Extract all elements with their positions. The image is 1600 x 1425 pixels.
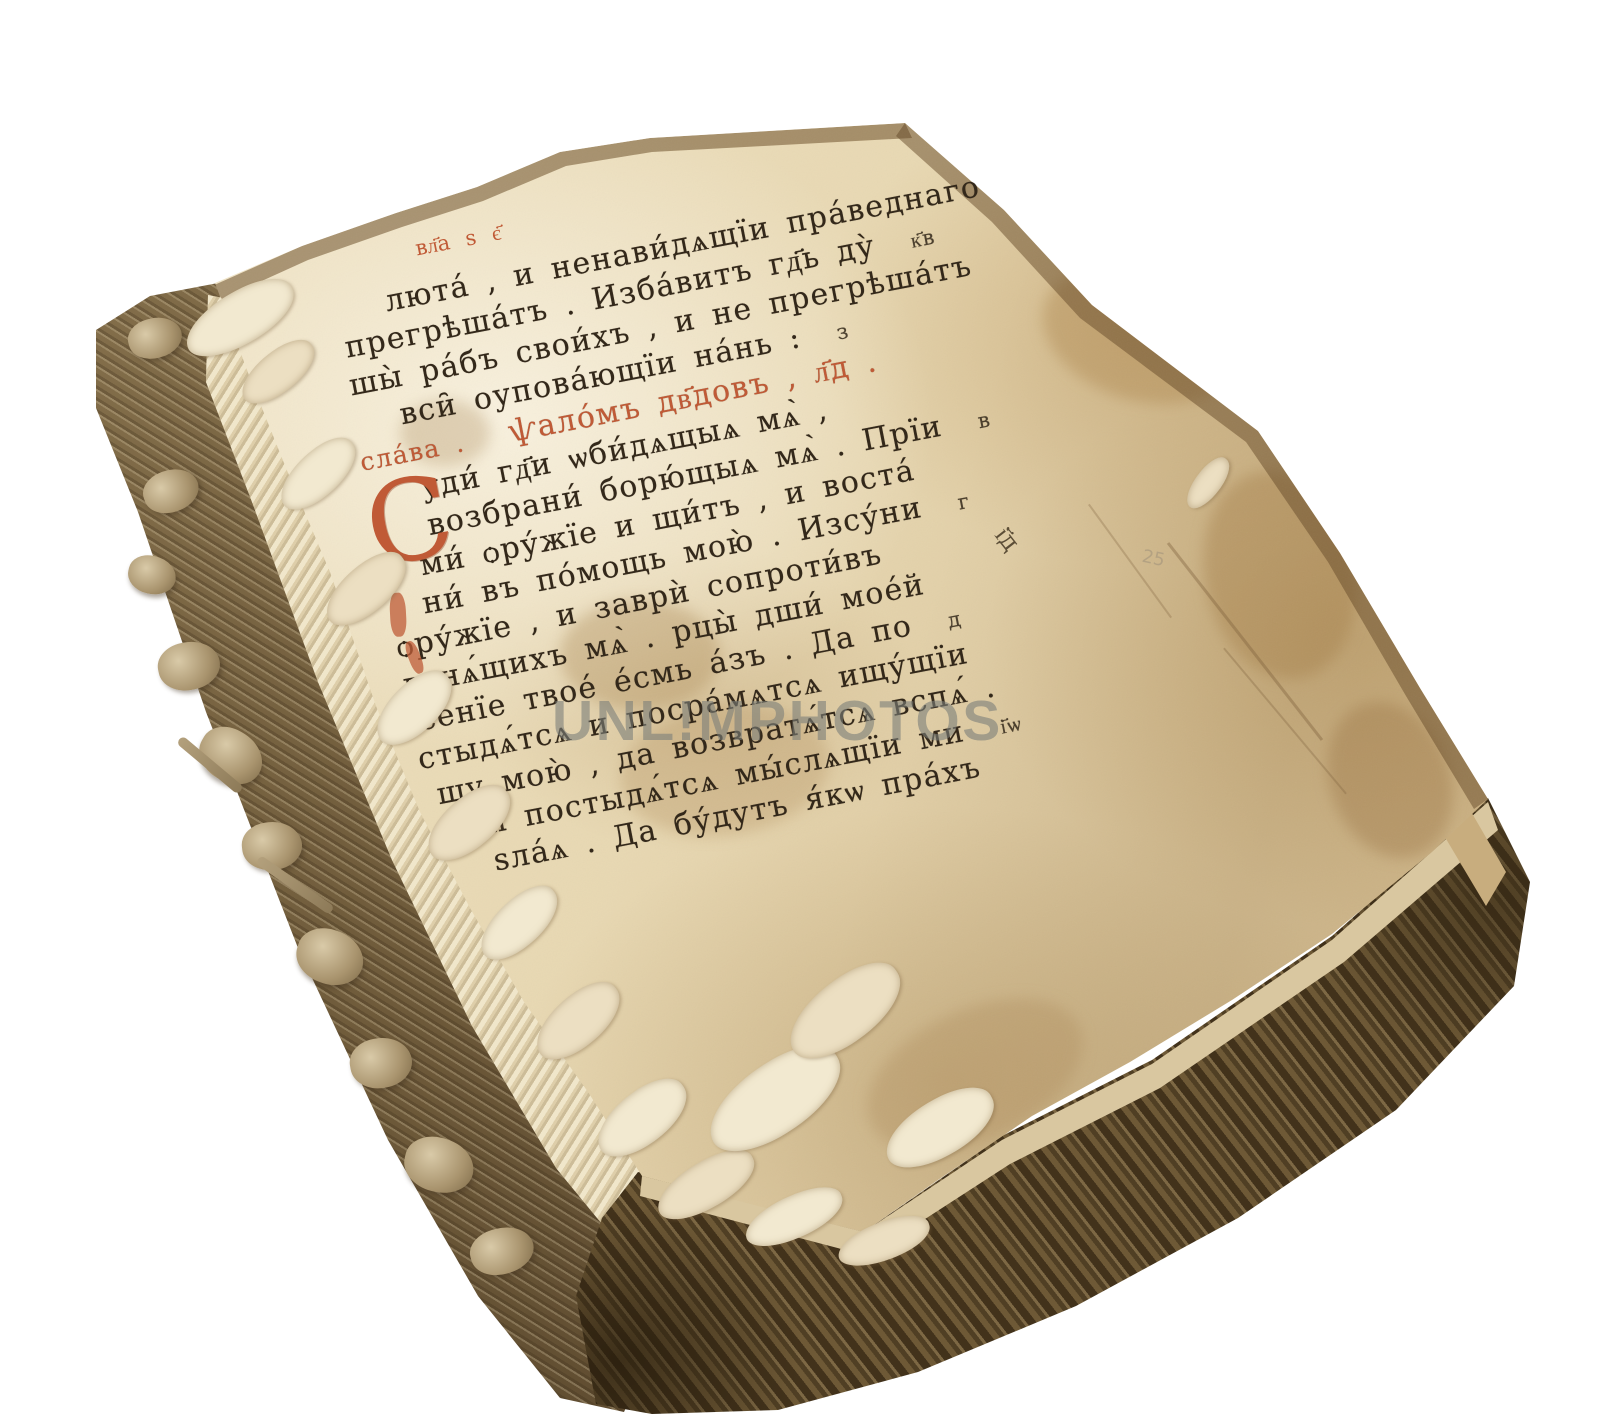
verse-margin-number: з [834,319,851,345]
running-header-glyph: ѕ [463,225,478,251]
verse-margin-number: д [945,606,964,632]
photo-canvas: вл҃аѕє҃ люта́ , и ненави́дѧщїи пра́ведна… [0,0,1600,1425]
running-header-glyph: вл҃а [413,230,452,261]
verse-margin-number: г [956,489,973,515]
pencil-note: 25 [1140,546,1167,571]
watermark: UNL!MPHOTOS [552,688,1003,754]
verse-margin-number: к҃в [908,224,937,252]
running-header-glyph: є҃ [489,220,503,246]
verse-margin-number: в [976,407,994,433]
